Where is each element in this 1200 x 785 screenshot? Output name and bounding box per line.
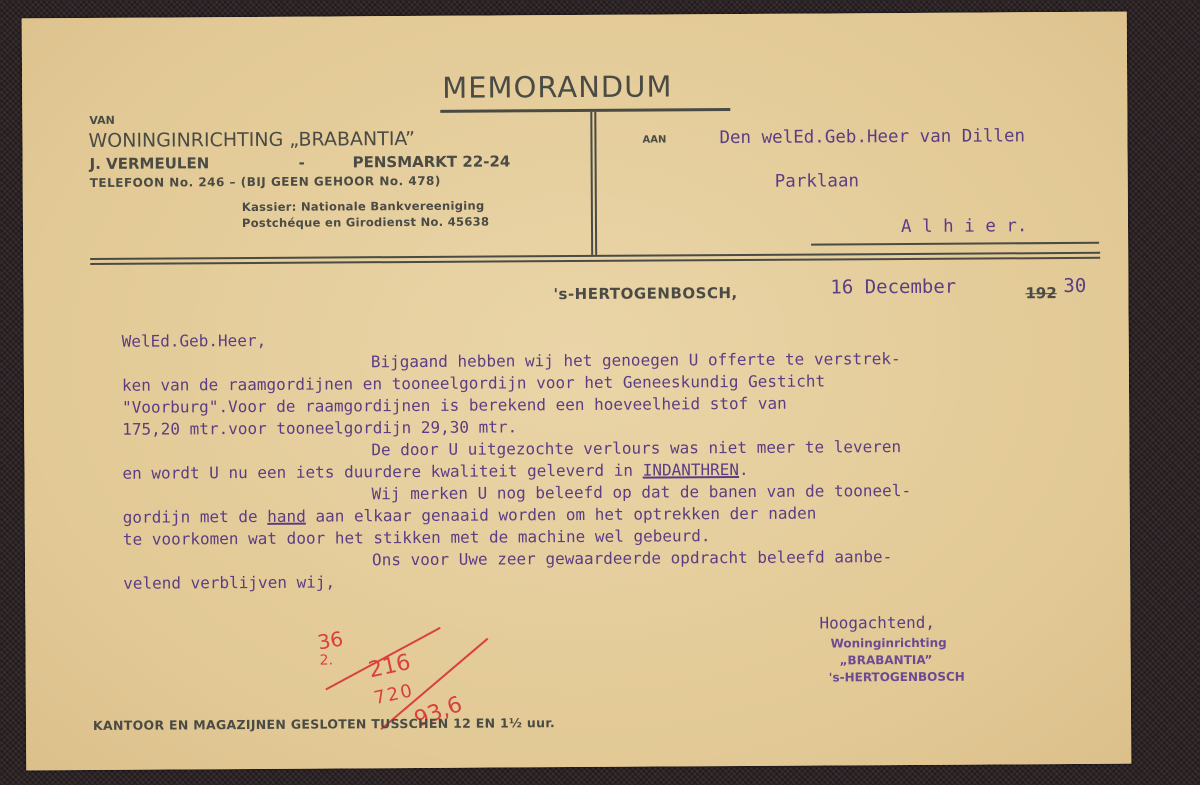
red-pencil-calculation: 36 2. 216 720 93,6: [22, 12, 1127, 19]
aan-label: AAN: [642, 134, 666, 145]
recipient-underline: [811, 242, 1099, 246]
recipient-street: Parklaan: [775, 171, 859, 192]
body-line: en wordt U nu een iets duurdere kwalitei…: [122, 460, 748, 483]
body-line: 175,20 mtr.voor tooneelgordijn 29,30 mtr…: [122, 417, 517, 438]
date-year-prefix: 192: [1025, 284, 1056, 302]
stamp-line-2: „BRABANTIA”: [840, 653, 933, 668]
body-line: velend verblijven wij,: [123, 572, 335, 592]
city-line: 's-HERTOGENBOSCH,: [553, 284, 737, 303]
recipient-city: A l h i e r.: [901, 216, 1028, 237]
footer-note: KANTOOR EN MAGAZIJNEN GESLOTEN TUSSCHEN …: [93, 715, 555, 733]
giro: Postchéque en Girodienst No. 45638: [242, 215, 489, 231]
recipient-name: Den welEd.Geb.Heer van Dillen: [719, 126, 1025, 148]
company-name: WONINGINRICHTING „BRABANTIA”: [88, 128, 415, 152]
memorandum-title: MEMORANDUM: [442, 69, 672, 104]
body-line: Wij merken U nog beleefd op dat de banen…: [372, 481, 912, 503]
dash: -: [299, 154, 305, 172]
column-divider-left: [590, 112, 593, 255]
column-divider-right: [594, 112, 597, 255]
date-year-suffix: 30: [1063, 275, 1086, 297]
cashier: Kassier: Nationale Bankvereeniging: [242, 199, 485, 214]
body-line: "Voorburg".Voor de raamgordijnen is bere…: [122, 394, 787, 417]
body-line: te voorkomen wat door het stikken met de…: [123, 526, 711, 549]
date-day-month: 16 December: [830, 276, 956, 299]
stamp-line-1: Woninginrichting: [831, 636, 947, 651]
hand-underlined: hand: [267, 507, 306, 526]
stamp-line-3: 's-HERTOGENBOSCH: [829, 670, 965, 685]
year-prefix-struck: 192: [1025, 284, 1056, 302]
body-line: Ons voor Uwe zeer gewaardeerde opdracht …: [372, 547, 892, 569]
proprietor: J. VERMEULEN: [90, 154, 210, 173]
body-line: gordijn met de hand aan elkaar genaaid w…: [123, 504, 817, 527]
body-line: De door U uitgezochte verlours was niet …: [371, 437, 901, 459]
calc-216: 216: [366, 650, 412, 683]
title-underline: [440, 108, 730, 113]
salutation: WelEd.Geb.Heer,: [122, 331, 267, 351]
closing-greeting: Hoogachtend,: [819, 613, 935, 633]
body-line: Bijgaand hebben wij het genoegen U offer…: [371, 349, 901, 371]
letter-body: WelEd.Geb.Heer, Bijgaand hebben wij het …: [22, 12, 1127, 19]
phone: TELEFOON No. 246 – (BIJ GEEN GEHOOR No. …: [90, 174, 441, 190]
van-label: VAN: [89, 114, 115, 127]
calc-2: 2.: [320, 652, 333, 668]
body-line: ken van de raamgordijnen en tooneelgordi…: [122, 371, 825, 394]
memorandum-sheet: MEMORANDUM VAN WONINGINRICHTING „BRABANT…: [22, 12, 1132, 771]
indanthren-underlined: INDANTHREN: [643, 460, 739, 480]
address: PENSMARKT 22-24: [353, 152, 511, 171]
calc-36: 36: [316, 626, 345, 654]
